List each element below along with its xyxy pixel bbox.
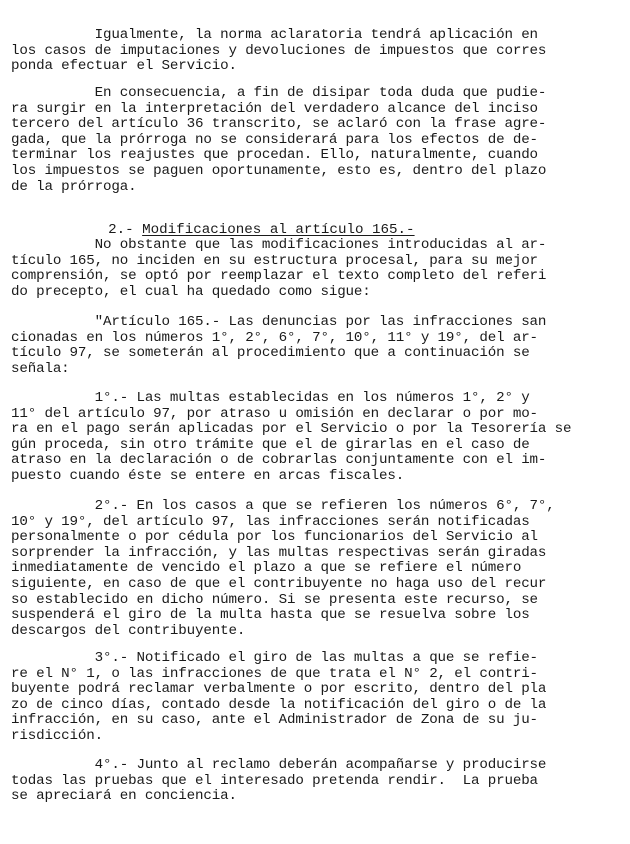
text-line: zo de cinco días, contado desde la notif… (11, 698, 621, 714)
text-line: 2°.- En los casos a que se refieren los … (11, 499, 621, 515)
text-line: suspenderá el giro de la multa hasta que… (11, 608, 621, 624)
text-line: siguiente, en caso de que el contribuyen… (11, 577, 621, 593)
paragraph-no-obstante: No obstante que las modificaciones intro… (11, 238, 621, 300)
paragraph-numeral-4: 4°.- Junto al reclamo deberán acompañars… (11, 758, 621, 805)
text-line: ra en el pago serán aplicadas por el Ser… (11, 422, 621, 438)
text-line: los casos de imputaciones y devoluciones… (11, 44, 621, 60)
paragraph-numeral-3: 3°.- Notificado el giro de las multas a … (11, 651, 621, 745)
text-line: do precepto, el cual ha quedado como sig… (11, 285, 621, 301)
text-line: sorprender la infracción, y las multas r… (11, 546, 621, 562)
text-line: todas las pruebas que el interesado pret… (11, 774, 621, 790)
text-line: 1°.- Las multas establecidas en los núme… (11, 391, 621, 407)
paragraph-articulo-165: "Artículo 165.- Las denuncias por las in… (11, 315, 621, 377)
text-line: re el N° 1, o las infracciones de que tr… (11, 667, 621, 683)
text-line: cionadas en los números 1°, 2°, 6°, 7°, … (11, 331, 621, 347)
text-line: señala: (11, 362, 621, 378)
text-line: Igualmente, la norma aclaratoria tendrá … (11, 28, 621, 44)
text-line: buyente podrá reclamar verbalmente o por… (11, 682, 621, 698)
text-line: se apreciará en conciencia. (11, 789, 621, 805)
text-line: inmediatamente de vencido el plazo a que… (11, 561, 621, 577)
text-line: ra surgir en la interpretación del verda… (11, 102, 621, 118)
paragraph-numeral-1: 1°.- Las multas establecidas en los núme… (11, 391, 621, 485)
text-line: los impuestos se paguen oportunamente, e… (11, 164, 621, 180)
paragraph-consecuencia: En consecuencia, a fin de disipar toda d… (11, 86, 621, 195)
text-line: puesto cuando éste se entere en arcas fi… (11, 469, 621, 485)
paragraph-numeral-2: 2°.- En los casos a que se refieren los … (11, 499, 621, 639)
text-line: 3°.- Notificado el giro de las multas a … (11, 651, 621, 667)
text-line: personalmente o por cédula por los funci… (11, 530, 621, 546)
text-line: 11° del artículo 97, por atraso u omisió… (11, 407, 621, 423)
text-line: risdicción. (11, 729, 621, 745)
text-line: so establecido en dicho número. Si se pr… (11, 593, 621, 609)
text-line: descargos del contribuyente. (11, 624, 621, 640)
text-line: gún proceda, sin otro trámite que el de … (11, 438, 621, 454)
text-line: ponda efectuar el Servicio. (11, 59, 621, 75)
text-line: atraso en la declaración o de cobrarlas … (11, 453, 621, 469)
text-line: 10° y 19°, del artículo 97, las infracci… (11, 515, 621, 531)
paragraph-igualmente: Igualmente, la norma aclaratoria tendrá … (11, 28, 621, 75)
text-line: En consecuencia, a fin de disipar toda d… (11, 86, 621, 102)
text-line: terminar los reajustes que procedan. Ell… (11, 148, 621, 164)
text-line: No obstante que las modificaciones intro… (11, 238, 621, 254)
text-line: de la prórroga. (11, 180, 621, 196)
section-title: Modificaciones al artículo 165.- (142, 222, 414, 238)
text-line: infracción, en su caso, ante el Administ… (11, 713, 621, 729)
text-line: gada, que la prórroga no se considerará … (11, 133, 621, 149)
text-line: comprensión, se optó por reemplazar el t… (11, 269, 621, 285)
text-line: "Artículo 165.- Las denuncias por las in… (11, 315, 621, 331)
section-number: 2.- (108, 222, 142, 238)
text-line: tercero del artículo 36 transcrito, se a… (11, 117, 621, 133)
document-page: Igualmente, la norma aclaratoria tendrá … (0, 0, 630, 844)
text-line: tículo 165, no inciden en su estructura … (11, 254, 621, 270)
text-line: 4°.- Junto al reclamo deberán acompañars… (11, 758, 621, 774)
text-line: tículo 97, se someterán al procedimiento… (11, 346, 621, 362)
